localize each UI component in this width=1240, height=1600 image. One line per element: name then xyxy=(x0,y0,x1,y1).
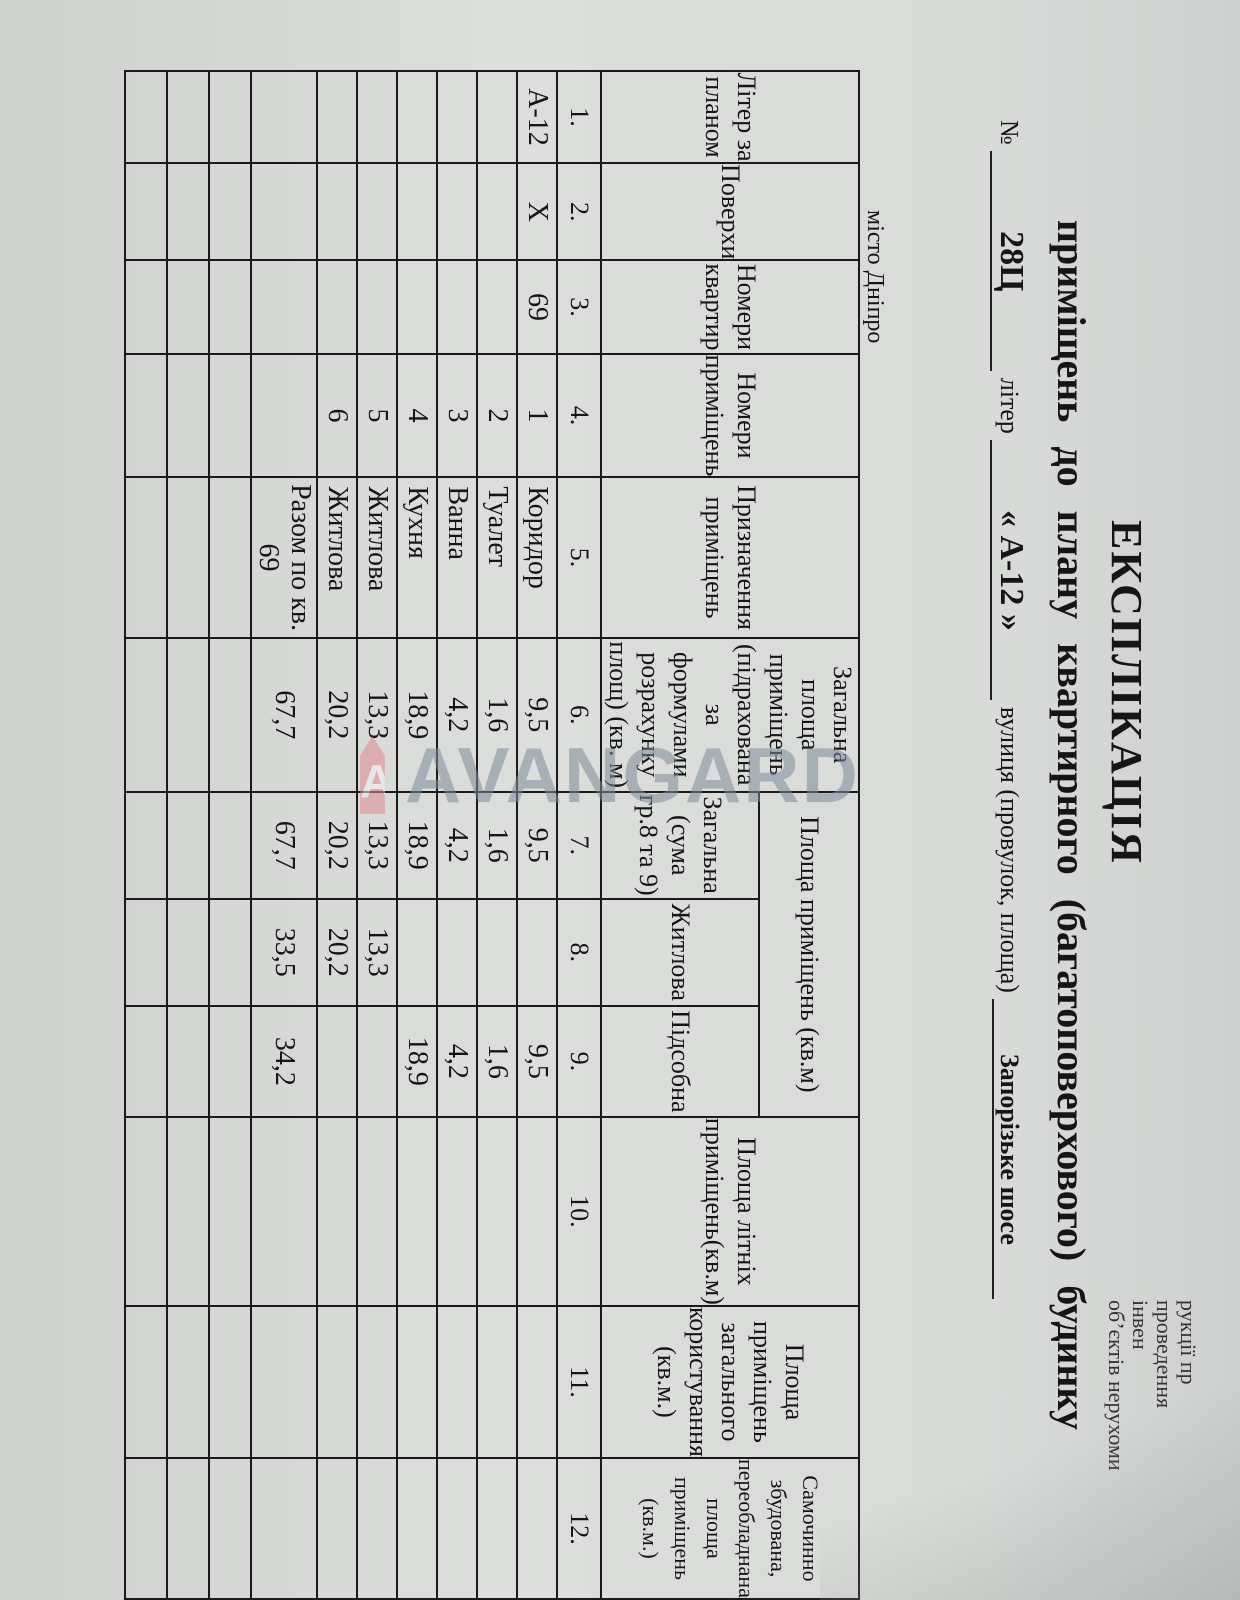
cell-auxiliary xyxy=(317,1006,357,1117)
column-number-row: 1. 2. 3. 4. 5. 6. 7. 8. 9. 10. 11. 12. xyxy=(557,71,601,1599)
explication-table: Літер за планом Поверхи Номери квартир Н… xyxy=(124,70,860,1600)
header-area-group: Площа приміщень (кв.м) xyxy=(759,792,859,1117)
cell-liter xyxy=(477,71,517,163)
cell-apartment xyxy=(437,260,477,353)
page-curl-shadow xyxy=(820,1380,1240,1600)
header-floors: Поверхи xyxy=(601,163,859,260)
cell-liter xyxy=(397,71,437,163)
header-liter: Літер за планом xyxy=(601,71,859,163)
cell-purpose: Ванна xyxy=(437,477,477,637)
cell-living xyxy=(517,899,557,1006)
cell-liter xyxy=(357,71,397,163)
cell-living xyxy=(397,899,437,1006)
table-row: 3Ванна4,24,24,2 xyxy=(437,71,477,1599)
cell-living xyxy=(437,899,477,1006)
table-row: А-12Х691Коридор9,59,59,5 xyxy=(517,71,557,1599)
cell-purpose: Житлова xyxy=(317,477,357,637)
header-room-numbers: Номери приміщень xyxy=(601,354,859,478)
liter-value: « А-12 » xyxy=(990,440,1030,700)
photo-background: ЕКСПЛІКАЦІЯ приміщень до плану квартирно… xyxy=(0,0,1240,1600)
document-title: ЕКСПЛІКАЦІЯ xyxy=(1101,520,1152,865)
number-label: № xyxy=(995,120,1024,145)
summary-living: 33,5 xyxy=(251,899,317,1006)
table-row: 6Житлова20,220,220,2 xyxy=(317,71,357,1599)
cell-liter xyxy=(437,71,477,163)
header-purpose: Призначення приміщень xyxy=(601,477,859,637)
cell-room-no: 6 xyxy=(317,354,357,478)
cell-auxiliary xyxy=(357,1006,397,1117)
cell-floor xyxy=(477,163,517,260)
watermark-text: AVANGARD xyxy=(405,730,860,821)
header-living: Житлова xyxy=(601,899,759,1006)
street-value: Запорізьке шосе xyxy=(992,999,1024,1299)
cell-auxiliary: 1,6 xyxy=(477,1006,517,1117)
header-summer-area: Площа літніх приміщень(кв.м) xyxy=(601,1117,859,1306)
cell-auxiliary: 9,5 xyxy=(517,1006,557,1117)
cell-room-no: 4 xyxy=(397,354,437,478)
cell-floor xyxy=(437,163,477,260)
cell-living: 13,3 xyxy=(357,899,397,1006)
summary-label: Разом по кв. 69 xyxy=(251,477,317,637)
cell-auxiliary: 18,9 xyxy=(397,1006,437,1117)
cell-total: 20,2 xyxy=(317,792,357,899)
cell-apartment xyxy=(357,260,397,353)
liter-label: літер xyxy=(995,378,1024,434)
watermark-logo-icon: A xyxy=(360,736,385,814)
cell-liter: А-12 xyxy=(517,71,557,163)
cell-purpose: Коридор xyxy=(517,477,557,637)
cell-room-no: 5 xyxy=(357,354,397,478)
cell-room-no: 2 xyxy=(477,354,517,478)
cell-purpose: Кухня xyxy=(397,477,437,637)
number-value: 28Ц xyxy=(990,151,1030,371)
cell-apartment xyxy=(477,260,517,353)
cell-living xyxy=(477,899,517,1006)
address-line: № 28Ц літер « А-12 » вулиця (провулок, п… xyxy=(990,120,1030,1299)
summary-auxiliary: 34,2 xyxy=(251,1006,317,1117)
cell-purpose: Житлова xyxy=(357,477,397,637)
cell-apartment xyxy=(317,260,357,353)
table-row: 2Туалет1,61,61,6 xyxy=(477,71,517,1599)
cell-room-no: 1 xyxy=(517,354,557,478)
cell-living: 20,2 xyxy=(317,899,357,1006)
document-subtitle: приміщень до плану квартирного (багатопо… xyxy=(1048,220,1095,1430)
cell-auxiliary: 4,2 xyxy=(437,1006,477,1117)
summary-row: Разом по кв. 69 67,7 67,7 33,5 34,2 xyxy=(251,71,317,1599)
street-label: вулиця (провулок, площа) xyxy=(995,707,1024,993)
cell-floor xyxy=(317,163,357,260)
table-row: 4Кухня18,918,918,9 xyxy=(397,71,437,1599)
header-auxiliary: Підсобна xyxy=(601,1006,759,1117)
cell-apartment: 69 xyxy=(517,260,557,353)
header-row: Літер за планом Поверхи Номери квартир Н… xyxy=(759,71,859,1599)
summary-area-calc: 67,7 xyxy=(251,638,317,792)
watermark: A AVANGARD xyxy=(360,720,860,830)
cell-apartment xyxy=(397,260,437,353)
table-row: 5Житлова13,313,313,3 xyxy=(357,71,397,1599)
city-label: місто Дніпро xyxy=(861,210,888,343)
cell-area-calc: 20,2 xyxy=(317,638,357,792)
cell-floor: Х xyxy=(517,163,557,260)
summary-total: 67,7 xyxy=(251,792,317,899)
cell-purpose: Туалет xyxy=(477,477,517,637)
cell-floor xyxy=(397,163,437,260)
cell-liter xyxy=(317,71,357,163)
header-apartments: Номери квартир xyxy=(601,260,859,353)
cell-room-no: 3 xyxy=(437,354,477,478)
cell-floor xyxy=(357,163,397,260)
